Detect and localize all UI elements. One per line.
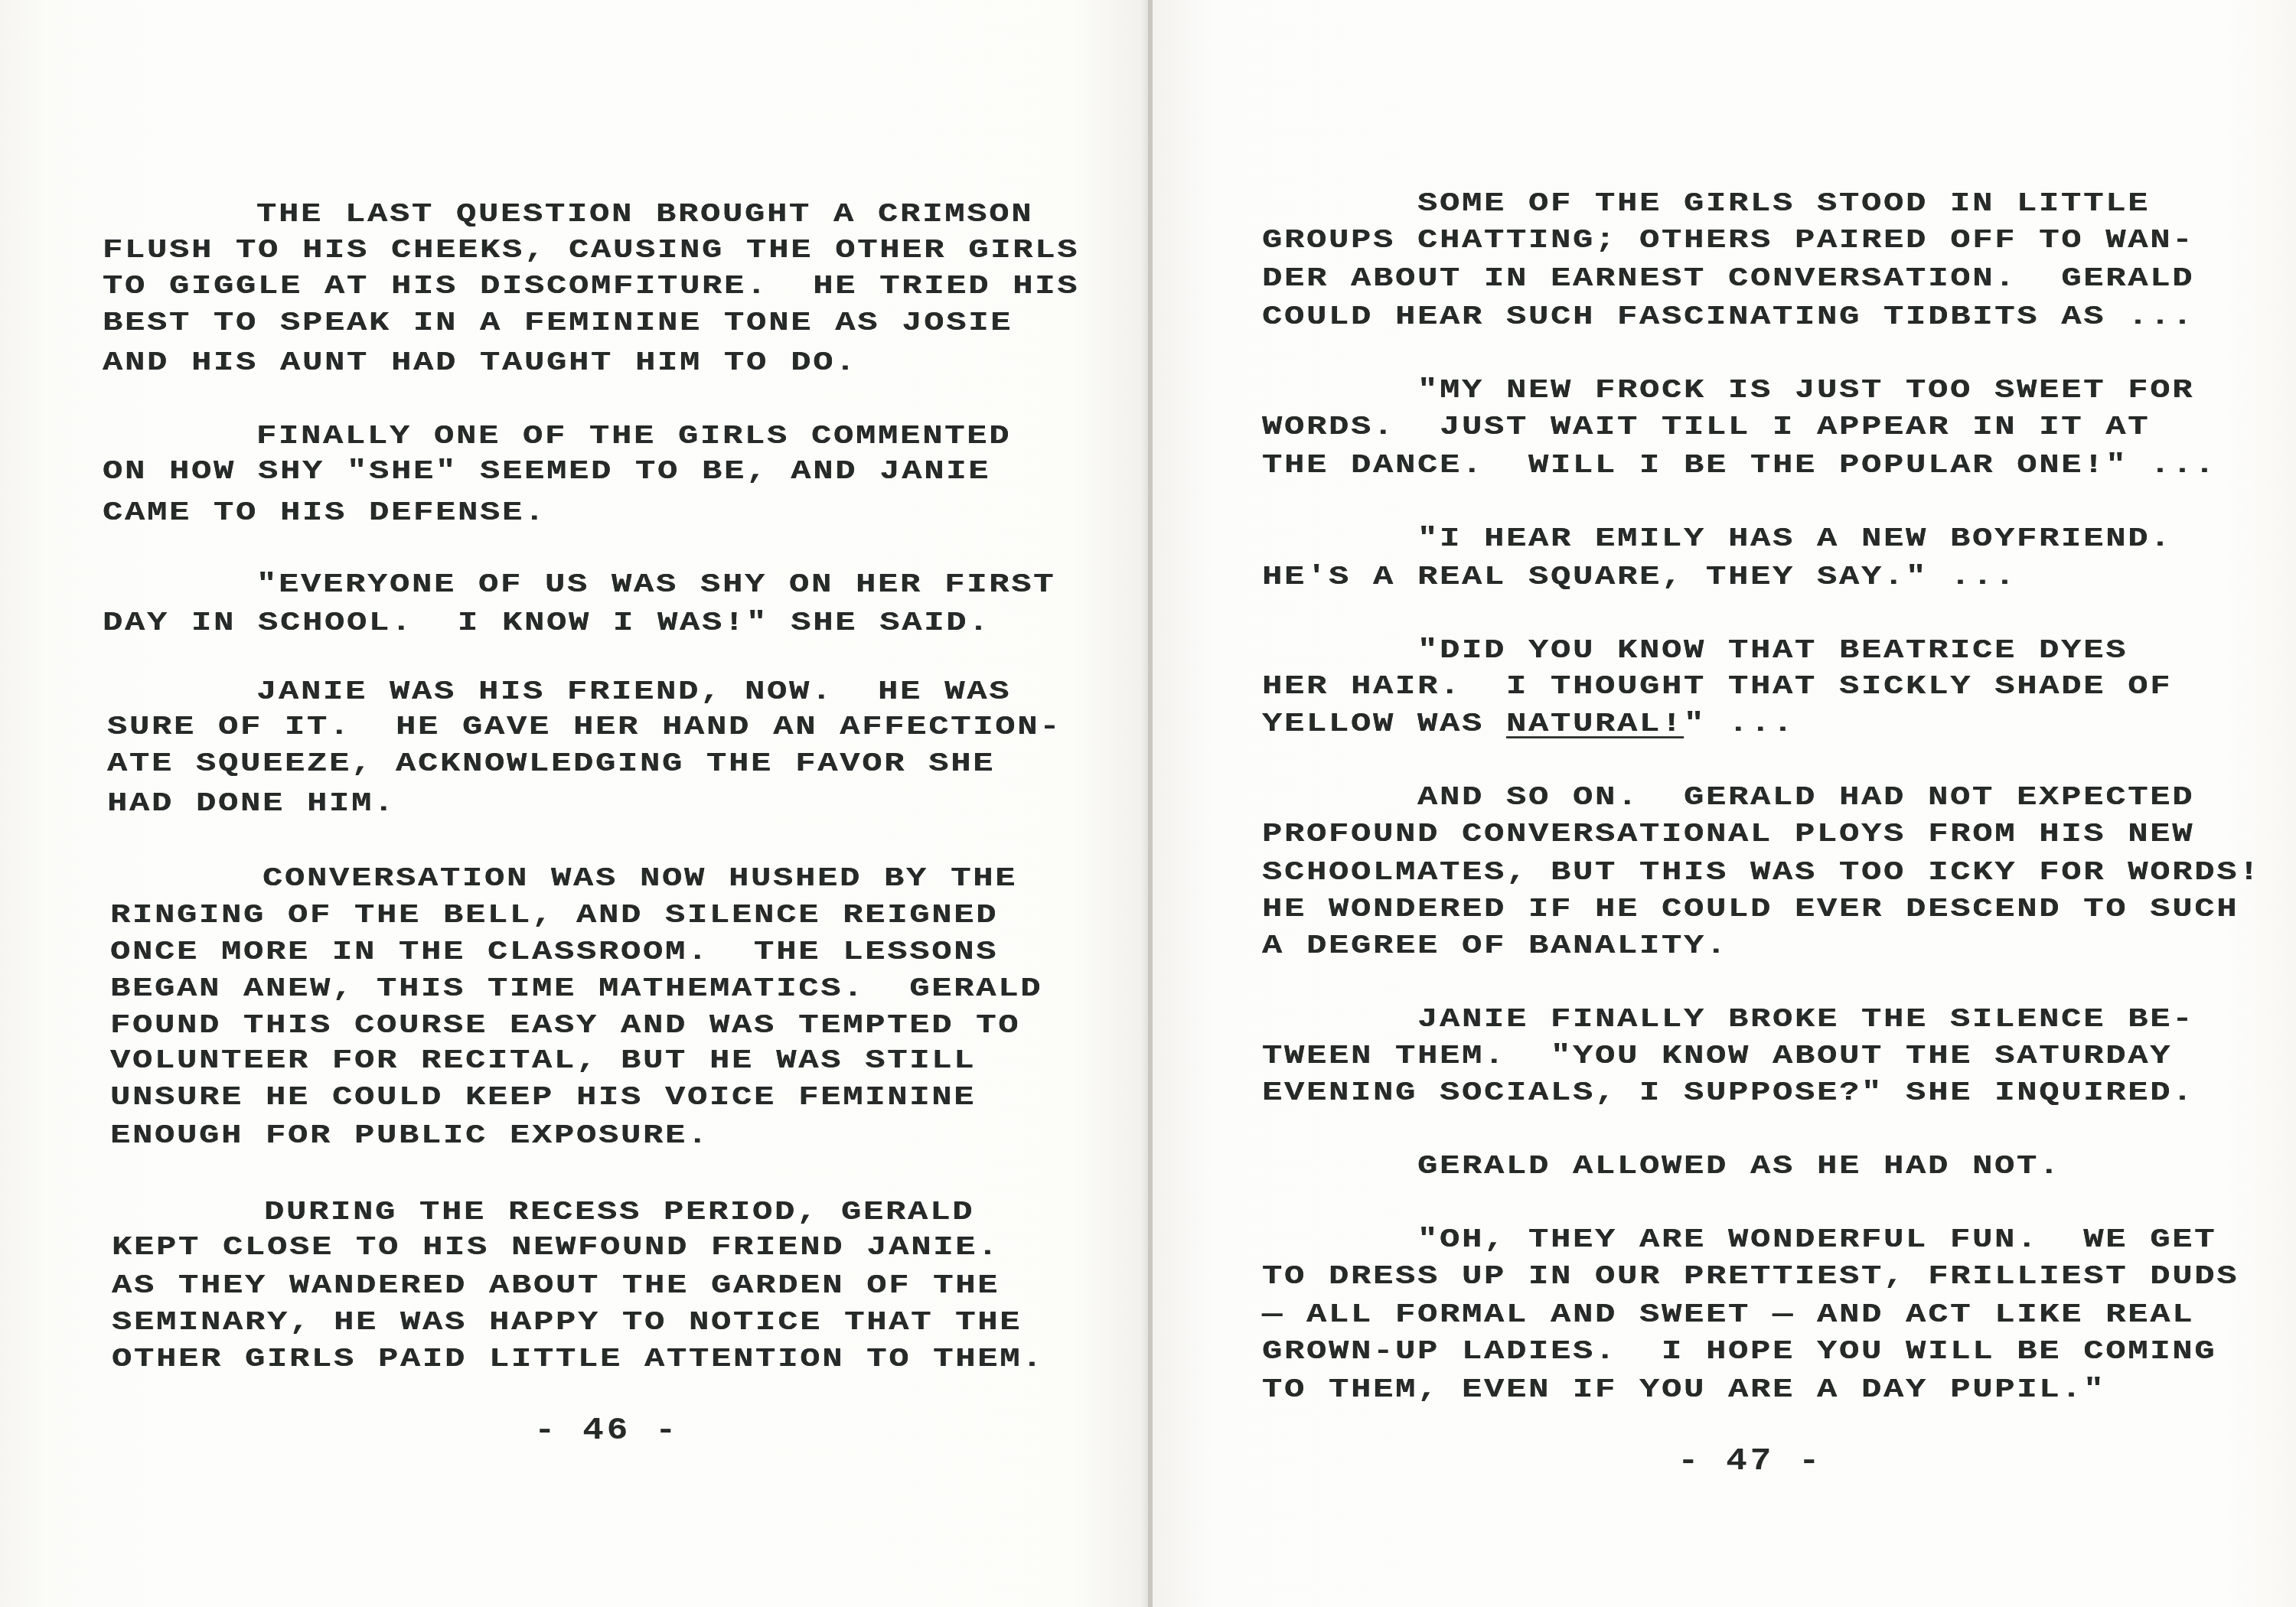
text-line: During the recess period, Gerald — [264, 1199, 974, 1225]
text-line: began anew, this time mathematics. Geral… — [110, 976, 1042, 1002]
text-line: ate squeeze, acknowledging the favor she — [107, 751, 995, 777]
text-line: Janie finally broke the silence be- — [1417, 1006, 2194, 1032]
text-line: enough for public exposure. — [110, 1123, 709, 1149]
text-line: best to speak in a feminine tone as Josi… — [103, 310, 1013, 336]
text-line: "Oh, they are wonderful fun. We get — [1417, 1227, 2216, 1253]
text-line: He wondered if he could ever descend to … — [1262, 896, 2239, 922]
text-line: could hear such fascinating tidbits as .… — [1262, 304, 2194, 330]
text-line: grown-up ladies. I hope you will be comi… — [1262, 1338, 2216, 1364]
text-line: He's a real square, they say." ... — [1262, 564, 2017, 590]
text-line: profound conversational ploys from his n… — [1262, 821, 2194, 847]
text-line: Gerald allowed as he had not. — [1417, 1153, 2061, 1179]
text-line: — all formal and sweet — and act like re… — [1262, 1302, 2194, 1328]
text-line: day in school. I know I was!" she said. — [103, 610, 990, 636]
text-line: kept close to his newfound friend Janie. — [112, 1234, 1000, 1260]
text-line: on how shy "she" seemed to be, and Janie — [103, 458, 990, 484]
text-line: tween them. "You know about the Saturday — [1262, 1043, 2172, 1069]
text-line: found this course easy and was tempted t… — [110, 1012, 1020, 1038]
text-line: flush to his cheeks, causing the other g… — [103, 237, 1079, 263]
text-line: "I hear Emily has a new boyfriend. — [1417, 526, 2172, 552]
text-line: Some of the girls stood in little — [1417, 191, 2150, 217]
text-line: groups chatting; others paired off to wa… — [1262, 227, 2194, 253]
text-line: the dance. Will I be the popular one!" .… — [1262, 452, 2216, 478]
text-line: other girls paid little attention to the… — [112, 1346, 1044, 1372]
text-line: As they wandered about the garden of the — [112, 1273, 1000, 1299]
text-line: Conversation was now hushed by the — [263, 865, 1017, 892]
text-line: unsure he could keep his voice feminine — [110, 1084, 976, 1110]
book-gutter — [1148, 0, 1153, 1607]
text-line: volunteer for recital, but he was still — [110, 1048, 976, 1074]
gutter-shadow — [1140, 0, 1148, 1607]
text-line: yellow was natural!" ... — [1262, 711, 1795, 737]
text-line: a degree of banality. — [1262, 933, 1728, 959]
text-line: schoolmates, but this was too icky for w… — [1262, 859, 2261, 885]
text-line: came to his defense. — [103, 500, 546, 526]
text-line: to them, even if you are a day pupil." — [1262, 1377, 2105, 1403]
text-line: der about in earnest conversation. Geral… — [1262, 266, 2194, 292]
text-line: And so on. Gerald had not expected — [1417, 784, 2194, 810]
text-line: "My new frock is just too sweet for — [1417, 377, 2194, 403]
text-line: "Everyone of us was shy on her first — [256, 572, 1055, 598]
text-line: had done him. — [107, 790, 396, 817]
text-line: words. Just wait till I appear in it at — [1262, 414, 2150, 440]
page-number: - 46 - — [534, 1414, 680, 1446]
text-line: seminary, he was happy to notice that th… — [112, 1309, 1022, 1335]
text-line: ringing of the bell, and silence reigned — [110, 902, 998, 928]
text-line: and his aunt had taught him to do. — [103, 350, 857, 376]
text-line: Janie was his friend, now. He was — [256, 679, 1011, 705]
text-line: once more in the classroom. The lessons — [110, 939, 998, 965]
page-number: - 47 - — [1678, 1445, 1823, 1476]
text-line: The last question brought a crimson — [256, 201, 1033, 227]
text-line: evening socials, I suppose?" she inquire… — [1262, 1080, 2194, 1106]
text-line: sure of it. He gave her hand an affectio… — [107, 714, 1062, 740]
text-line: to dress up in our prettiest, frilliest … — [1262, 1263, 2239, 1289]
underlined-word: natural! — [1506, 709, 1684, 739]
text-line: "Did you know that Beatrice dyes — [1417, 637, 2128, 663]
text-line: to giggle at his discomfiture. He tried … — [103, 273, 1079, 299]
text-line: Finally one of the girls commented — [256, 423, 1011, 449]
text-line: her hair. I thought that sickly shade of — [1262, 673, 2172, 699]
book-spread: The last question brought a crimson flus… — [0, 0, 2296, 1607]
